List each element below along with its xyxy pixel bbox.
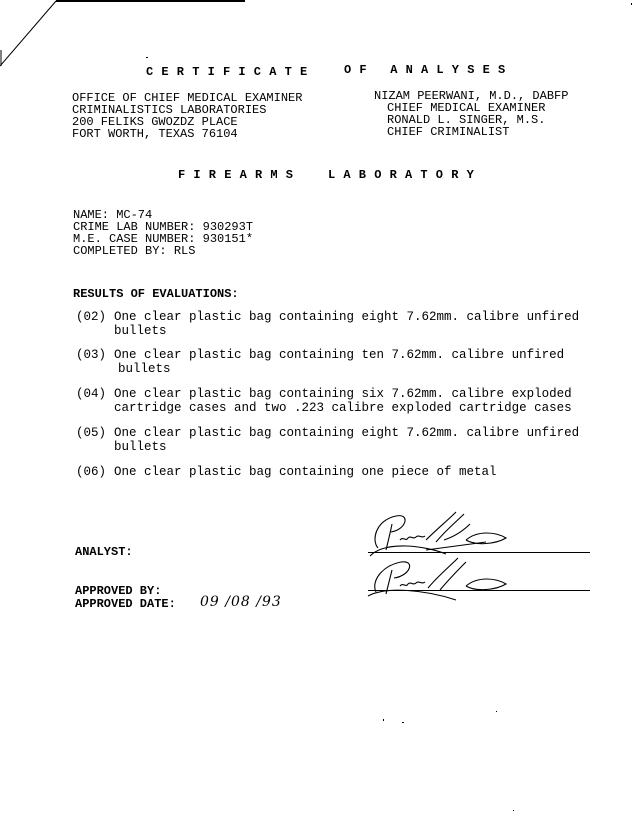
- result-text: One clear plastic bag containing ten 7.6…: [114, 348, 564, 362]
- result-text-continued: bullets: [76, 440, 616, 454]
- result-item: (06)One clear plastic bag containing one…: [76, 465, 616, 479]
- office-block: OFFICE OF CHIEF MEDICAL EXAMINER CRIMINA…: [72, 92, 302, 140]
- scan-corner-fold: [0, 0, 638, 80]
- result-text: One clear plastic bag containing one pie…: [114, 465, 497, 479]
- office-line: FORT WORTH, TEXAS 76104: [72, 128, 302, 140]
- result-number: (06): [76, 465, 114, 479]
- completed-by: COMPLETED BY: RLS: [73, 245, 253, 257]
- approved-date-value: 09 /08 /93: [200, 594, 282, 610]
- result-number: (04): [76, 387, 114, 401]
- approved-by-label: APPROVED BY:: [75, 584, 161, 598]
- result-item: (02)One clear plastic bag containing eig…: [76, 310, 616, 338]
- results-heading: RESULTS OF EVALUATIONS:: [73, 287, 239, 301]
- result-number: (03): [76, 348, 114, 362]
- result-text: One clear plastic bag containing eight 7…: [114, 310, 579, 324]
- result-number: (05): [76, 426, 114, 440]
- result-item: (05)One clear plastic bag containing eig…: [76, 426, 616, 454]
- approver-signature: [366, 552, 526, 602]
- certificate-title-left: CERTIFICATE: [146, 65, 315, 79]
- approved-date-label: APPROVED DATE:: [75, 597, 176, 611]
- result-text-continued: bullets: [76, 362, 616, 376]
- official-line: CHIEF CRIMINALIST: [374, 126, 568, 138]
- result-number: (02): [76, 310, 114, 324]
- result-text: One clear plastic bag containing eight 7…: [114, 426, 579, 440]
- section-title-left: FIREARMS: [178, 168, 301, 182]
- result-text: One clear plastic bag containing six 7.6…: [114, 387, 572, 401]
- case-info: NAME: MC-74 CRIME LAB NUMBER: 930293T M.…: [73, 209, 253, 257]
- analyst-label: ANALYST:: [75, 545, 133, 559]
- result-text-continued: cartridge cases and two .223 calibre exp…: [76, 401, 616, 415]
- result-item: (03)One clear plastic bag containing ten…: [76, 348, 616, 376]
- certificate-title-right: OF ANALYSES: [344, 63, 513, 77]
- officials-block: NIZAM PEERWANI, M.D., DABFP CHIEF MEDICA…: [374, 90, 568, 138]
- result-text-continued: bullets: [76, 324, 616, 338]
- result-item: (04)One clear plastic bag containing six…: [76, 387, 616, 415]
- section-title-right: LABORATORY: [328, 168, 482, 182]
